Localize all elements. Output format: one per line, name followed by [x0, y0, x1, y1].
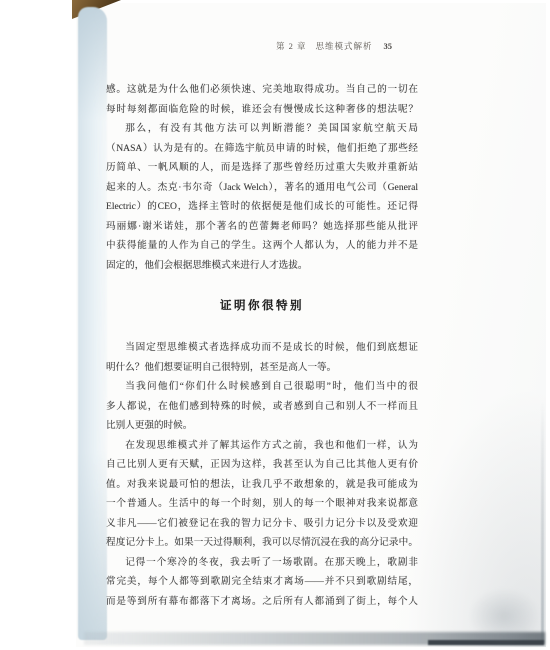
text-line: 当我问他们“你们什么时候感到自己很聪明”时，他们当中的很 — [106, 377, 418, 397]
chapter-label: 第 2 章 — [276, 41, 307, 51]
text-line: 一个普通人。生活中的每一个时刻，别人的每一个眼神对我来说都意 — [106, 494, 418, 514]
page-fore-edge — [78, 7, 107, 640]
running-header: 第 2 章思维模式解析35 — [106, 40, 392, 56]
text-line: 常完美，每个人都等到歌剧完全结束才离场——并不只到歌剧结尾， — [106, 572, 418, 592]
text-line: 起来的人。杰克·韦尔奇（Jack Welch），著名的通用电气公司（Genera… — [106, 178, 418, 198]
text-line: 值。对我来说最可怕的想法，让我几乎不敢想象的，就是我可能成为 — [106, 475, 418, 495]
text-line: 多人都说，在他们感到特殊的时候，或者感到自己和别人不一样而且 — [106, 397, 418, 417]
text-block: 感。这就是为什么他们必须快速、完美地取得成功。当自己的一切在每时每刻都面临危险的… — [106, 80, 418, 611]
text-line: 每时每刻都面临危险的时候，谁还会有慢慢成长这种奢侈的想法呢？ — [106, 100, 418, 120]
text-line: Electric）的CEO，选择主管时的依据便是他们成长的可能性。还记得 — [106, 197, 418, 217]
text-line: 自己比别人更有天赋，正因为这样，我甚至认为自己比其他人更有价 — [106, 455, 418, 475]
paragraph: 那么，有没有其他方法可以判断潜能？美国国家航空航天局（NASA）认为是有的。在筛… — [106, 119, 418, 275]
paragraph: 当固定型思维模式者选择成功而不是成长的时候，他们到底想证明什么？他们想要证明自己… — [106, 338, 418, 377]
text-line: 中获得能量的人作为自己的学生。这两个人都认为，人的能力并不是 — [106, 236, 418, 256]
text-line: 那么，有没有其他方法可以判断潜能？美国国家航空航天局 — [106, 119, 418, 139]
section-heading: 证明你很特别 — [106, 296, 418, 316]
page-number: 35 — [384, 41, 393, 51]
page-right-edge — [541, 400, 544, 642]
text-line: 历简单、一帆风顺的人，而是选择了那些曾经历过重大失败并重新站 — [106, 158, 418, 178]
text-line: 明什么？他们想要证明自己很特别，甚至是高人一等。 — [106, 358, 418, 378]
paragraph: 感。这就是为什么他们必须快速、完美地取得成功。当自己的一切在每时每刻都面临危险的… — [106, 80, 418, 119]
bottom-right-smudge — [468, 588, 540, 644]
text-line: 玛丽娜·谢米诺娃，那个著名的芭蕾舞老师吗？她选择那些能从批评 — [106, 217, 418, 237]
text-line: 记得一个寒冷的冬夜，我去听了一场歌剧。在那天晚上，歌剧非 — [106, 553, 418, 573]
text-line: 固定的，他们会根据思维模式来进行人才选拔。 — [106, 256, 418, 276]
text-line: 而是等到所有幕布都落下才离场。之后所有人都涌到了街上，每个人 — [106, 592, 418, 612]
paragraph: 记得一个寒冷的冬夜，我去听了一场歌剧。在那天晚上，歌剧非常完美，每个人都等到歌剧… — [106, 553, 418, 612]
chapter-title: 思维模式解析 — [315, 41, 372, 51]
text-line: （NASA）认为是有的。在筛选宇航员申请的时候，他们拒绝了那些经 — [106, 139, 418, 159]
text-line: 比别人更强的时候。 — [106, 416, 418, 436]
paragraph: 当我问他们“你们什么时候感到自己很聪明”时，他们当中的很多人都说，在他们感到特殊… — [106, 377, 418, 436]
text-line: 在发现思维模式并了解其运作方式之前，我也和他们一样，认为 — [106, 436, 418, 456]
paragraph: 在发现思维模式并了解其运作方式之前，我也和他们一样，认为自己比别人更有天赋，正因… — [106, 436, 418, 553]
text-line: 义非凡——它们被登记在我的智力记分卡、吸引力记分卡以及受欢迎 — [106, 514, 418, 534]
text-line: 感。这就是为什么他们必须快速、完美地取得成功。当自己的一切在 — [106, 80, 418, 100]
text-line: 程度记分卡上。如果一天过得顺利，我可以尽情沉浸在我的高分记录中。 — [106, 533, 418, 553]
book-page-photo: 第 2 章思维模式解析35 感。这就是为什么他们必须快速、完美地取得成功。当自己… — [0, 0, 550, 650]
text-line: 当固定型思维模式者选择成功而不是成长的时候，他们到底想证 — [106, 338, 418, 358]
